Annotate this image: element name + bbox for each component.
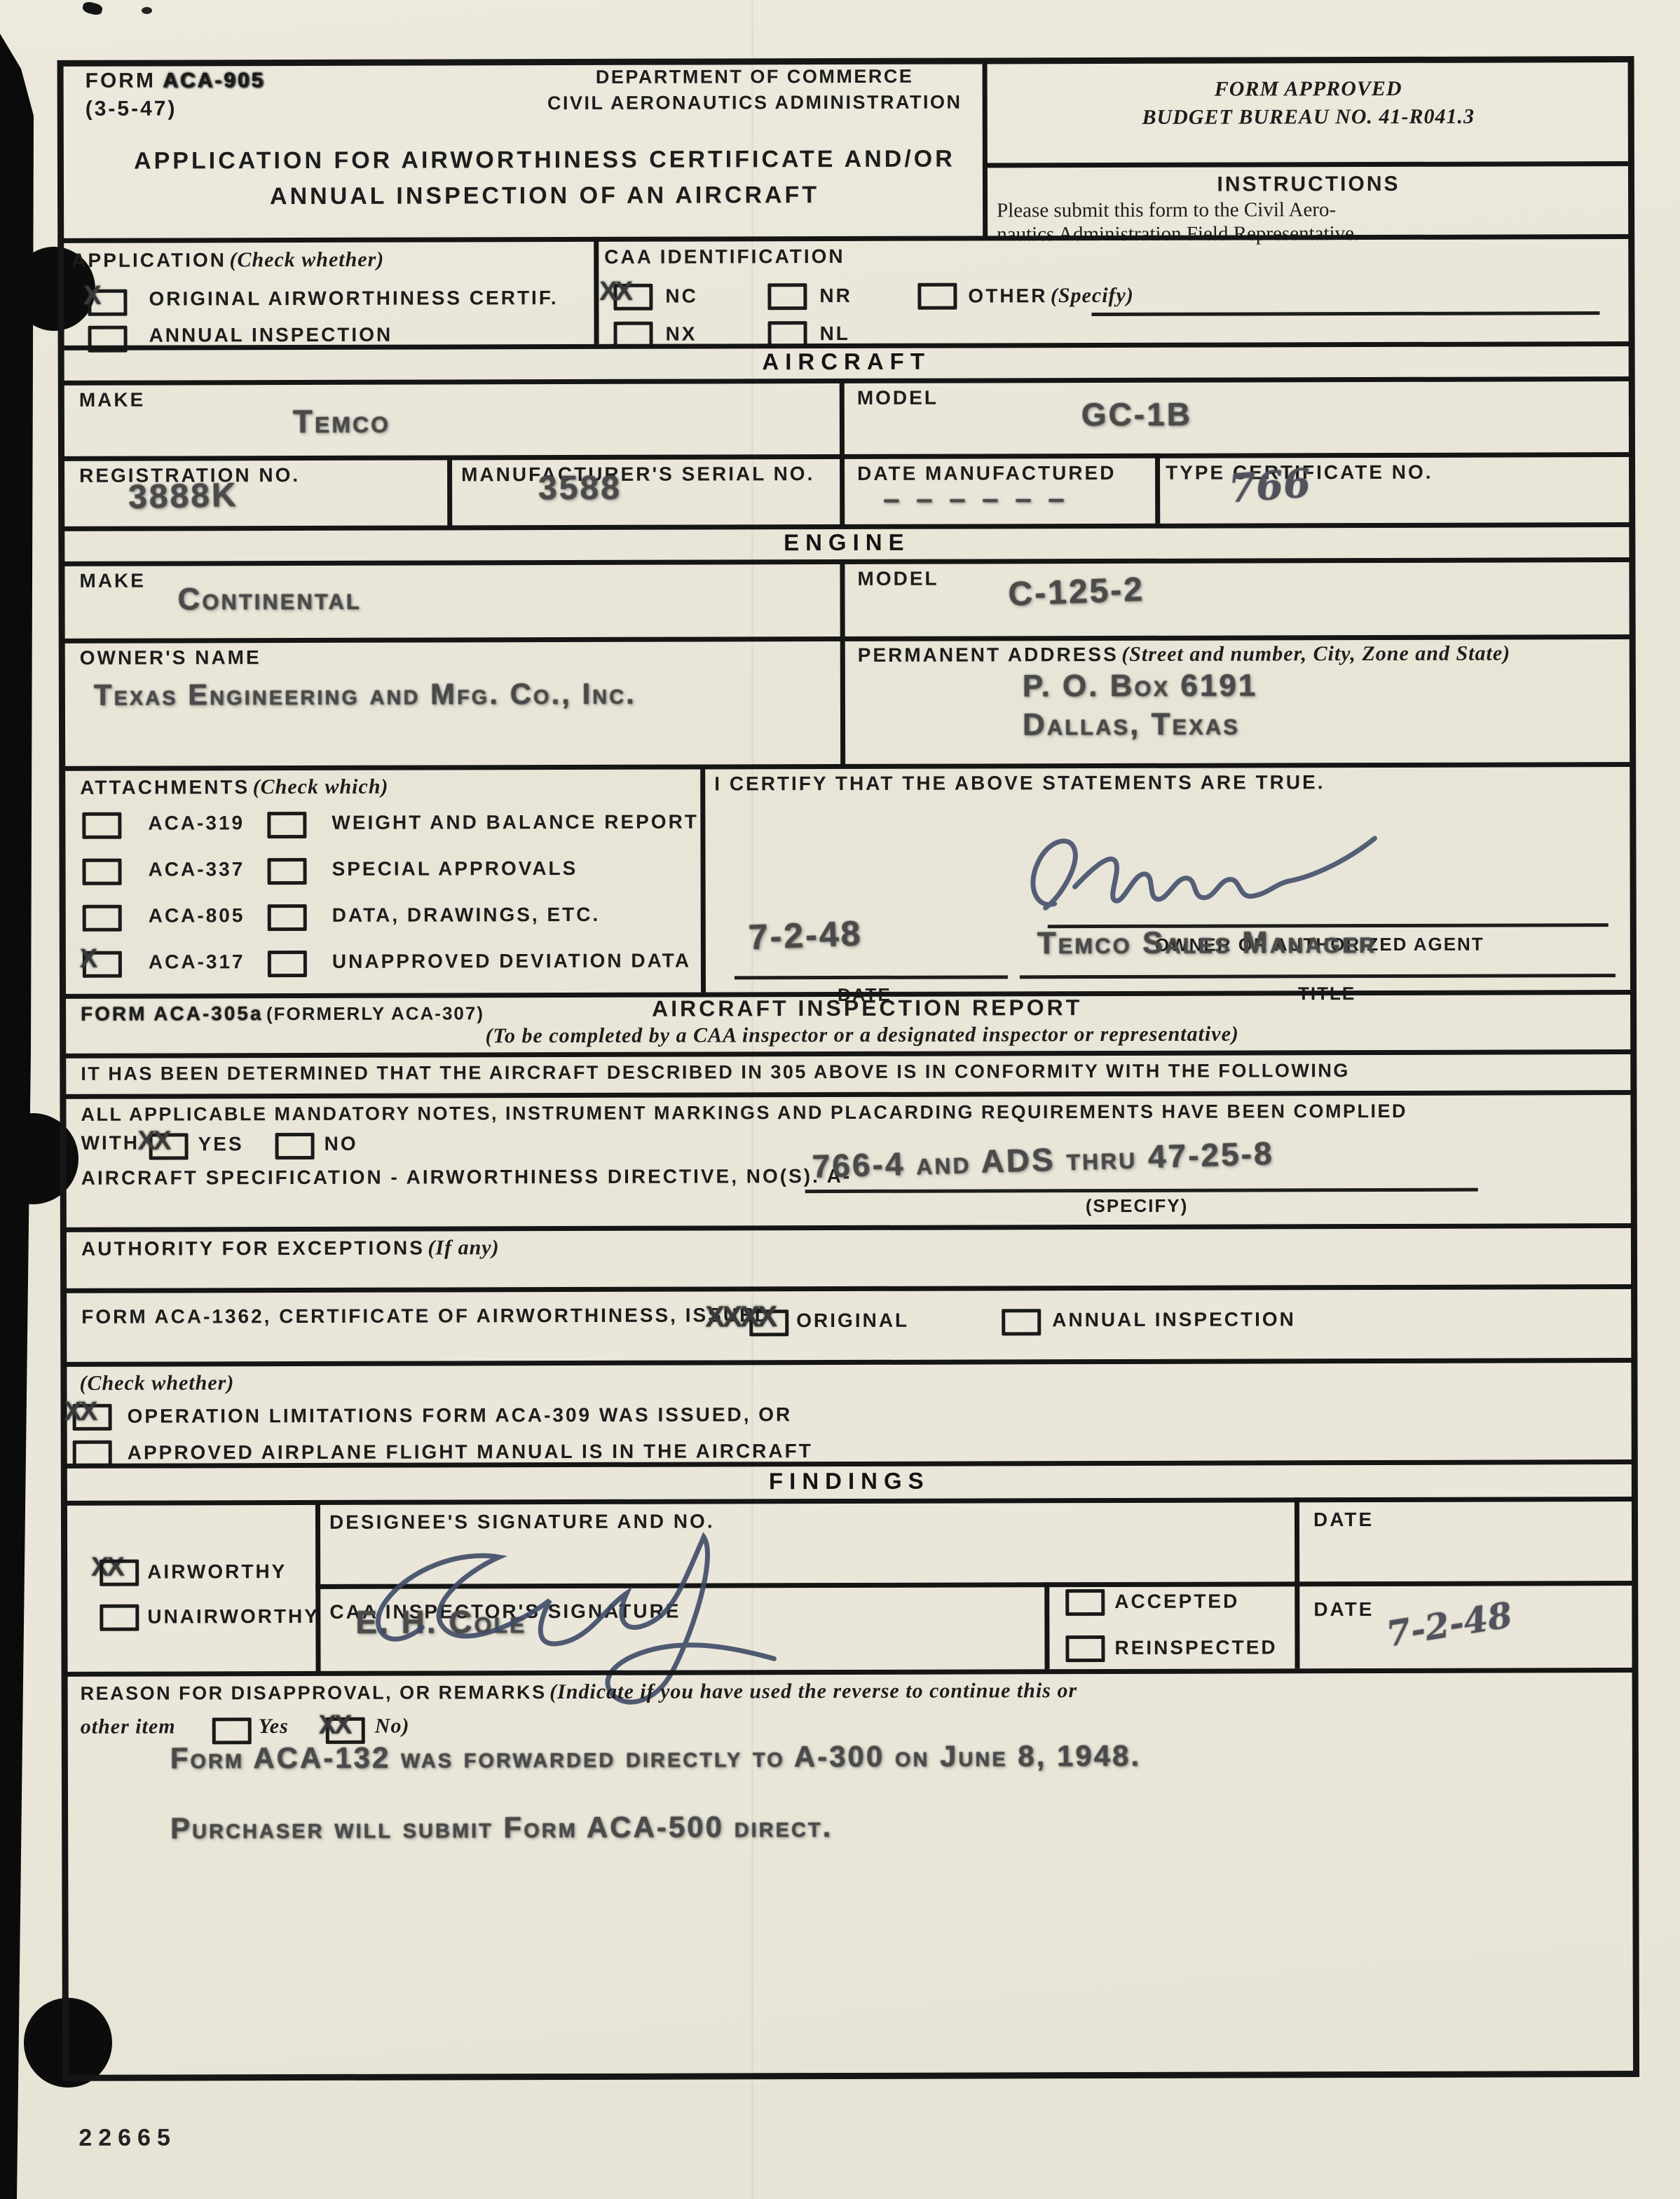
aca-319-label: ACA-319 [148, 812, 245, 834]
caa-inspector-signature [338, 1521, 829, 1705]
compliance-yes-label: YES [198, 1133, 244, 1155]
engine-model-label: MODEL [857, 568, 938, 590]
aircraft-section-title: AIRCRAFT [762, 348, 931, 375]
certify-date-value: 7-2-48 [748, 913, 863, 958]
date-manufactured-value: – – – – – – [883, 482, 1069, 516]
agency-block: DEPARTMENT OF COMMERCE CIVIL AERONAUTICS… [446, 65, 1063, 114]
authority-exceptions-italic: (If any) [428, 1236, 499, 1259]
caa-identification-label: CAA IDENTIFICATION [604, 245, 845, 268]
remarks-label-italic1: (Indicate if you have used the reverse t… [549, 1679, 1077, 1703]
form-revision-date: (3-5-47) [86, 97, 266, 121]
other-label: OTHER [968, 285, 1047, 306]
divider [840, 454, 845, 524]
registration-no-value: 3888K [128, 476, 239, 517]
aircraft-make-value: Temco [293, 402, 390, 440]
annual-inspection-label: ANNUAL INSPECTION [149, 324, 393, 347]
checkbox-other [917, 283, 957, 310]
determination-text: IT HAS BEEN DETERMINED THAT THE AIRCRAFT… [81, 1060, 1350, 1085]
spec-directive-label: AIRCRAFT SPECIFICATION - AIRWORTHINESS D… [81, 1165, 852, 1190]
inspection-form-no-wrap: FORM ACA-305a (FORMERLY ACA-307) [81, 1002, 484, 1026]
attachments-label-italic: (Check which) [253, 775, 389, 799]
aca-805-label: ACA-805 [149, 904, 245, 927]
instructions-body-line2: nautics Administration Field Representat… [997, 221, 1627, 246]
compliance-text: ALL APPLICABLE MANDATORY NOTES, INSTRUME… [81, 1101, 1407, 1126]
checkbox-aca-337 [83, 859, 122, 885]
checkmark-compliance-yes: XX [138, 1126, 170, 1157]
agency-line1: DEPARTMENT OF COMMERCE [446, 65, 1063, 88]
checkbox-aca-805 [83, 905, 122, 932]
nl-label: NL [820, 322, 850, 345]
check-whether-label: (Check whether) [79, 1371, 234, 1396]
form-approved-block: FORM APPROVED BUDGET BUREAU NO. 41-R041.… [1000, 76, 1617, 130]
weight-balance-label: WEIGHT AND BALANCE REPORT [332, 811, 699, 834]
permanent-address-italic: (Street and number, City, Zone and State… [1121, 641, 1510, 665]
checkbox-weight-balance [267, 812, 306, 838]
divider [1155, 454, 1160, 524]
remarks-label-wrap: REASON FOR DISAPPROVAL, OR REMARKS (Indi… [81, 1679, 1078, 1706]
data-drawings-label: DATA, DRAWINGS, ETC. [332, 904, 601, 927]
budget-bureau-no: BUDGET BUREAU NO. 41-R041.3 [1000, 104, 1617, 130]
form-number-prefix: FORM [86, 69, 156, 93]
serial-no-label: MANUFACTURER'S SERIAL NO. [461, 463, 814, 486]
checkbox-airworthy [100, 1560, 139, 1586]
checkbox-unairworthy [100, 1605, 139, 1631]
nr-label: NR [819, 285, 852, 307]
compliance-no-label: NO [325, 1133, 358, 1155]
flight-manual-label: APPROVED AIRPLANE FLIGHT MANUAL IS IN TH… [128, 1440, 813, 1464]
checkmark-operation-limitations: XX [64, 1397, 96, 1427]
engine-make-label: MAKE [79, 570, 146, 592]
divider [840, 636, 845, 764]
checkmark-original-airworthiness: X [83, 281, 99, 311]
inspection-formerly: (FORMERLY ACA-307) [266, 1002, 484, 1024]
divider [840, 559, 845, 636]
special-approvals-label: SPECIAL APPROVALS [332, 857, 578, 880]
remarks-line2: Purchaser will submit Form ACA-500 direc… [170, 1810, 833, 1845]
inspection-subtitle-wrap: (To be completed by a CAA inspector or a… [196, 1021, 1528, 1049]
form-number-block: FORM ACA-905 (3-5-47) [86, 69, 266, 121]
inspection-subtitle: (To be completed by a CAA inspector or a… [485, 1023, 1239, 1048]
divider [700, 765, 706, 993]
divider [983, 61, 988, 236]
operation-limitations-label: OPERATION LIMITATIONS FORM ACA-309 WAS I… [128, 1403, 793, 1427]
checkmark-aca-317: X [80, 944, 95, 974]
permanent-address-label: PERMANENT ADDRESS [858, 644, 1119, 666]
inspection-form-no: FORM ACA-305a [81, 1002, 264, 1025]
checkbox-accepted [1065, 1589, 1105, 1616]
accepted-label: ACCEPTED [1114, 1591, 1239, 1613]
checkmark-remarks-no: XX [319, 1710, 350, 1741]
checkbox-data-drawings [268, 904, 307, 931]
owner-name-label: OWNER'S NAME [80, 646, 261, 669]
page-serial-number: 22665 [78, 2124, 177, 2151]
original-airworthiness-label: ORIGINAL AIRWORTHINESS CERTIF. [149, 287, 558, 311]
checkbox-aca-319 [82, 812, 121, 839]
checkbox-nr [767, 283, 807, 310]
remarks-label-italic2: other item [81, 1715, 176, 1738]
checkmark-nc: XX [599, 277, 631, 307]
engine-section-title: ENGINE [784, 529, 910, 555]
unairworthy-label: UNAIRWORTHY [147, 1605, 320, 1628]
application-label: APPLICATION [71, 249, 226, 271]
checkbox-issued-annual [1002, 1309, 1041, 1335]
certificate-issued-label: FORM ACA-1362, CERTIFICATE OF AIRWORTHIN… [81, 1304, 771, 1328]
findings-section-band: FINDINGS [67, 1466, 1632, 1497]
remarks-label: REASON FOR DISAPPROVAL, OR REMARKS [81, 1682, 547, 1704]
authority-exceptions-wrap: AUTHORITY FOR EXCEPTIONS (If any) [81, 1236, 500, 1261]
permanent-address-line1: P. O. Box 6191 [1023, 668, 1258, 704]
form-title-line2: ANNUAL INSPECTION OF AN AIRCRAFT [103, 181, 986, 210]
scanned-form-page: FORM ACA-905 (3-5-47) DEPARTMENT OF COMM… [0, 0, 1680, 2199]
agency-line2: CIVIL AERONAUTICS ADMINISTRATION [446, 91, 1063, 114]
form-title-line1: APPLICATION FOR AIRWORTHINESS CERTIFICAT… [103, 145, 986, 175]
aircraft-section-band: AIRCRAFT [64, 346, 1629, 377]
certify-date-line [735, 975, 1008, 979]
issued-original-label: ORIGINAL [796, 1309, 909, 1332]
instructions-body-line1: Please submit this form to the Civil Aer… [997, 197, 1627, 222]
issued-annual-label: ANNUAL INSPECTION [1052, 1308, 1296, 1331]
application-label-wrap: APPLICATION (Check whether) [71, 248, 384, 273]
instructions-title: INSTRUCTIONS [1217, 172, 1400, 196]
checkbox-reinspected [1065, 1635, 1105, 1662]
other-label-italic: (Specify) [1051, 284, 1134, 307]
checkbox-remarks-yes [212, 1717, 252, 1744]
attachments-label-wrap: ATTACHMENTS (Check which) [80, 775, 388, 800]
aca-337-label: ACA-337 [149, 858, 245, 880]
aircraft-model-label: MODEL [857, 387, 938, 409]
remarks-no-label: No) [375, 1715, 410, 1738]
certify-statement: I CERTIFY THAT THE ABOVE STATEMENTS ARE … [714, 771, 1325, 795]
type-certificate-value: 766 [1227, 460, 1312, 512]
engine-model-value: C-125-2 [1008, 570, 1145, 613]
aircraft-make-label: MAKE [79, 389, 146, 411]
application-label-italic: (Check whether) [229, 248, 384, 272]
divider [1044, 1582, 1049, 1669]
aircraft-model-value: GC-1B [1081, 395, 1192, 433]
checkbox-unapproved-deviation [268, 951, 307, 977]
divider [447, 455, 452, 525]
checkbox-compliance-no [275, 1133, 315, 1159]
reinspected-label: REINSPECTED [1114, 1636, 1277, 1659]
instructions-title-wrap: INSTRUCTIONS [1000, 172, 1617, 197]
attachments-label: ATTACHMENTS [80, 776, 250, 798]
remarks-yes-label: Yes [259, 1715, 289, 1738]
authority-exceptions-label: AUTHORITY FOR EXCEPTIONS [81, 1237, 425, 1260]
owner-signature [1016, 819, 1408, 939]
permanent-address-label-wrap: PERMANENT ADDRESS (Street and number, Ci… [858, 640, 1615, 672]
permanent-address-line2: Dallas, Texas [1023, 707, 1240, 743]
divider [840, 379, 845, 454]
compliance-with-label: WITH [81, 1132, 140, 1155]
airworthy-label: AIRWORTHY [147, 1560, 287, 1584]
nx-label: NX [666, 323, 697, 346]
other-label-wrap: OTHER (Specify) [968, 284, 1133, 308]
inspection-date-label: DATE [1313, 1598, 1374, 1621]
aca-317-label: ACA-317 [149, 951, 245, 973]
form-approved-line1: FORM APPROVED [1000, 76, 1617, 102]
form-scan: FORM ACA-905 (3-5-47) DEPARTMENT OF COMM… [0, 0, 1680, 2199]
engine-section-band: ENGINE [64, 527, 1629, 558]
engine-make-value: Continental [177, 582, 361, 618]
unapproved-deviation-label: UNAPPROVED DEVIATION DATA [332, 950, 691, 973]
remarks-line1: Form ACA-132 was forwarded directly to A… [170, 1739, 1141, 1776]
checkmark-issued-original: XXXX [705, 1300, 775, 1333]
checkbox-special-approvals [268, 858, 307, 885]
owner-name-value: Texas Engineering and Mfg. Co., Inc. [94, 677, 636, 712]
divider [594, 237, 599, 344]
designee-date-label: DATE [1313, 1509, 1374, 1531]
inspection-title: AIRCRAFT INSPECTION REPORT [652, 995, 1082, 1022]
form-number: ACA-905 [163, 69, 265, 92]
specify-caption: (SPECIFY) [1086, 1195, 1189, 1217]
nc-label: NC [665, 285, 698, 308]
findings-section-title: FINDINGS [769, 1468, 930, 1495]
form-title: APPLICATION FOR AIRWORTHINESS CERTIFICAT… [103, 145, 986, 210]
serial-no-value: 3588 [538, 469, 622, 508]
certify-title-value: Temco Sales Manager [1037, 925, 1377, 961]
